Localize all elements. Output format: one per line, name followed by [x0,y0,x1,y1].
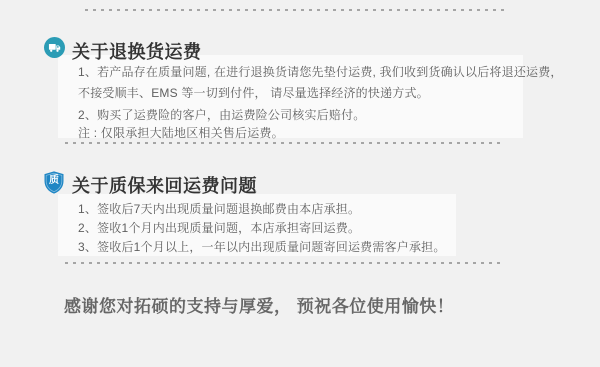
returns-line-3: 2、购买了运费险的客户，由运费险公司核实后赔付。 [78,106,365,123]
warranty-line-2: 2、签收1个月内出现质量问题，本店承担寄回运费。 [78,219,360,236]
returns-note: 注 : 仅限承担大陆地区相关售后运费。 [78,124,284,141]
warranty-line-3: 3、签收后1个月以上，一年以内出现质量问题寄回运费需客户承担。 [78,238,446,255]
thanks-message: 感谢您对拓硕的支持与厚爱， 预祝各位使用愉快！ [64,292,454,317]
freight-info-section: 关于退换货运费 1、若产品存在质量问题, 在进行退换货请您先垫付运费, 我们收到… [0,0,600,367]
returns-section-title: 关于退换货运费 [72,38,202,64]
divider-middle [65,142,503,144]
divider-top [85,9,505,11]
warranty-line-1: 1、签收后7天内出现质量问题退换邮费由本店承担。 [78,200,360,217]
shield-icon-label: 质 [44,175,64,187]
truck-icon [44,37,65,58]
warranty-section-title: 关于质保来回运费问题 [72,172,257,198]
returns-line-2: 不接受顺丰、EMS 等一切到付件， 请尽量选择经济的快递方式。 [78,84,429,101]
shield-icon: 质 [44,171,64,194]
divider-bottom [65,262,503,264]
returns-line-1: 1、若产品存在质量问题, 在进行退换货请您先垫付运费, 我们收到货确认以后将退还… [78,63,563,80]
